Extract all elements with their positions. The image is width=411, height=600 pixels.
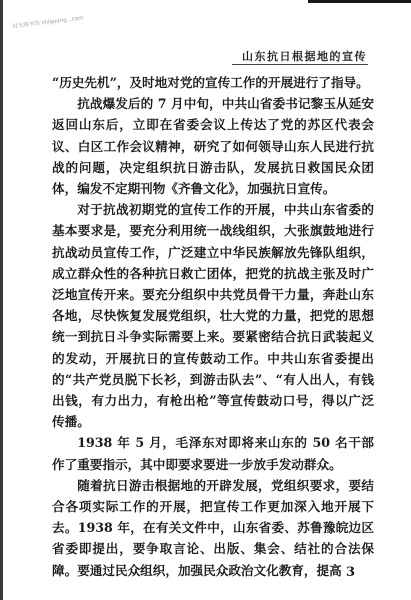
paragraph: 抗战爆发后的 7 月中旬，中共山省委书记黎玉从延安返回山东后，立即在省委会议上传… (52, 93, 374, 199)
paragraph: 1938 年 5 月，毛泽东对即将来山东的 50 名干部作了重要指示，其中即要求… (52, 432, 374, 474)
page-number: 3 (346, 565, 355, 580)
page-edge-shadow (0, 0, 3, 600)
header-rule (232, 64, 368, 65)
paragraph: “历史先机”，及时地对党的宣传工作的开展进行了指导。 (52, 72, 374, 93)
paragraph: 对于抗战初期党的宣传工作的开展，中共山东省委的基本要求是，要充分利用统一战线组织… (52, 199, 374, 432)
paragraph: 随着抗日游击根据地的开辟发展，党组织要求，要结合各项实际工作的开展，把宣传工作更… (52, 475, 374, 581)
running-head: 山东抗日根据地的宣传 (242, 48, 367, 64)
scan-top-bar (308, 0, 411, 3)
watermark: 时光图书馆 shiguang...com (12, 13, 84, 30)
body-text: “历史先机”，及时地对党的宣传工作的开展进行了指导。 抗战爆发后的 7 月中旬，… (52, 72, 374, 581)
